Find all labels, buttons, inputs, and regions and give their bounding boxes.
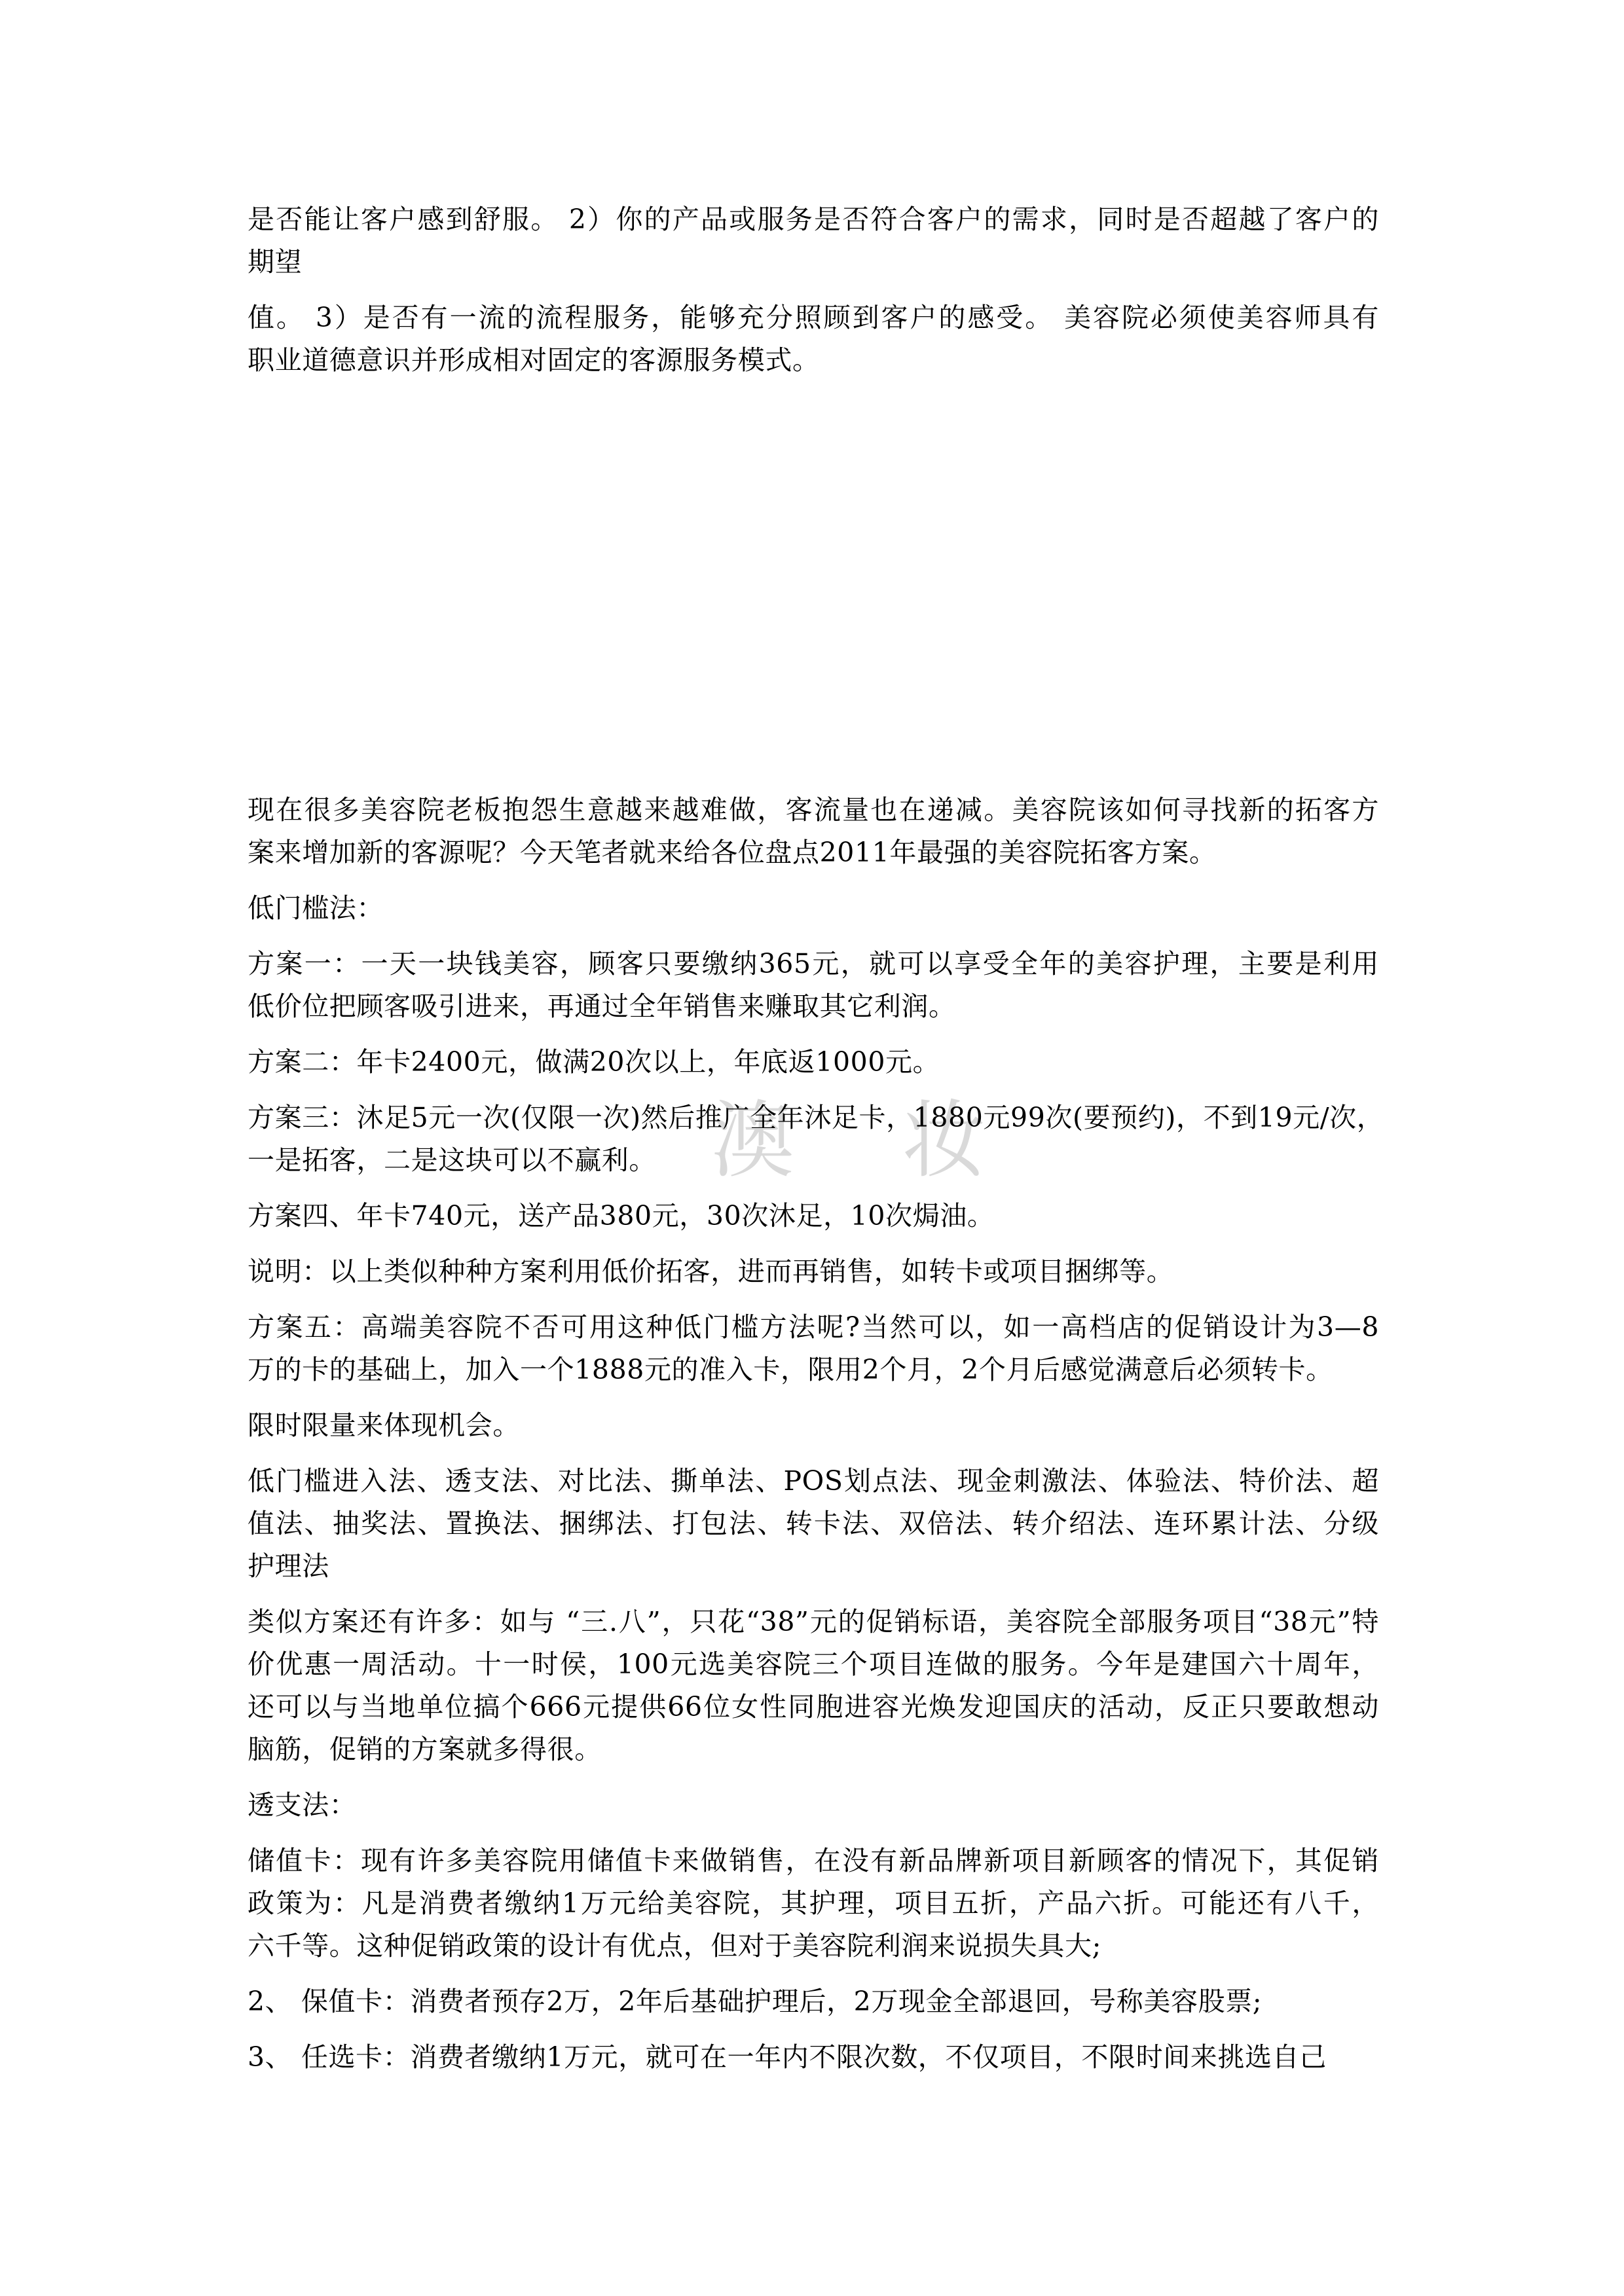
paragraph: 方案五：高端美容院不否可用这种低门槛方法呢?当然可以，如一高档店的促销设计为3—… [248, 1306, 1379, 1391]
text-line: 案来增加新的客源呢？今天笔者就来给各位盘点2011年最强的美容院拓客方案。 [248, 831, 1379, 874]
paragraph: 低门槛法： [248, 887, 1379, 930]
text-line: 低价位把顾客吸引进来，再通过全年销售来赚取其它利润。 [248, 985, 1379, 1028]
paragraph: 低门槛进入法、透支法、对比法、撕单法、POS划点法、现金刺激法、体验法、特价法、… [248, 1460, 1379, 1588]
text-line: 护理法 [248, 1545, 1379, 1588]
text-line: 一是拓客，二是这块可以不赢利。 [248, 1139, 1379, 1182]
text-line: 低门槛法： [248, 887, 1379, 930]
text-line: 值。 3）是否有一流的流程服务，能够充分照顾到客户的感受。 美容院必须使美容师具… [248, 297, 1379, 339]
text-line: 政策为：凡是消费者缴纳1万元给美容院，其护理，项目五折，产品六折。可能还有八千， [248, 1882, 1379, 1925]
text-line: 储值卡：现有许多美容院用储值卡来做销售，在没有新品牌新项目新顾客的情况下，其促销 [248, 1840, 1379, 1882]
text-line: 还可以与当地单位搞个666元提供66位女性同胞进容光焕发迎国庆的活动，反正只要敢… [248, 1686, 1379, 1728]
paragraph: 是否能让客户感到舒服。 2）你的产品或服务是否符合客户的需求，同时是否超越了客户… [248, 198, 1379, 283]
text-line: 低门槛进入法、透支法、对比法、撕单法、POS划点法、现金刺激法、体验法、特价法、… [248, 1460, 1379, 1503]
text-line: 方案一：一天一块钱美容，顾客只要缴纳365元，就可以享受全年的美容护理，主要是利… [248, 943, 1379, 985]
paragraph: 类似方案还有许多：如与 “三.八”，只花“38”元的促销标语，美容院全部服务项目… [248, 1601, 1379, 1771]
text-line: 类似方案还有许多：如与 “三.八”，只花“38”元的促销标语，美容院全部服务项目… [248, 1601, 1379, 1643]
text-line: 方案五：高端美容院不否可用这种低门槛方法呢?当然可以，如一高档店的促销设计为3—… [248, 1306, 1379, 1349]
text-line: 方案四、年卡740元，送产品380元，30次沐足，10次焗油。 [248, 1195, 1379, 1237]
paragraph: 方案三：沐足5元一次(仅限一次)然后推广全年沐足卡，1880元99次(要预约)，… [248, 1097, 1379, 1182]
paragraph: 2、 保值卡：消费者预存2万，2年后基础护理后，2万现金全部退回，号称美容股票; [248, 1980, 1379, 2023]
paragraph: 现在很多美容院老板抱怨生意越来越难做，客流量也在递减。美容院该如何寻找新的拓客方… [248, 789, 1379, 874]
text-line: 限时限量来体现机会。 [248, 1404, 1379, 1447]
paragraph: 说明：以上类似种种方案利用低价拓客，进而再销售，如转卡或项目捆绑等。 [248, 1250, 1379, 1293]
text-line: 期望 [248, 241, 1379, 283]
paragraph: 3、 任选卡：消费者缴纳1万元，就可在一年内不限次数，不仅项目，不限时间来挑选自… [248, 2036, 1379, 2079]
paragraph: 值。 3）是否有一流的流程服务，能够充分照顾到客户的感受。 美容院必须使美容师具… [248, 297, 1379, 382]
document-page: 澳 妆 是否能让客户感到舒服。 2）你的产品或服务是否符合客户的需求，同时是否超… [0, 0, 1624, 2296]
text-line: 职业道德意识并形成相对固定的客源服务模式。 [248, 339, 1379, 382]
text-line: 透支法： [248, 1784, 1379, 1827]
text-line: 六千等。这种促销政策的设计有优点，但对于美容院利润来说损失具大; [248, 1925, 1379, 1967]
text-line: 2、 保值卡：消费者预存2万，2年后基础护理后，2万现金全部退回，号称美容股票; [248, 1980, 1379, 2023]
paragraph: 方案二：年卡2400元，做满20次以上，年底返1000元。 [248, 1041, 1379, 1084]
paragraph: 限时限量来体现机会。 [248, 1404, 1379, 1447]
text-line: 方案三：沐足5元一次(仅限一次)然后推广全年沐足卡，1880元99次(要预约)，… [248, 1097, 1379, 1139]
text-line: 脑筋，促销的方案就多得很。 [248, 1728, 1379, 1771]
text-line: 3、 任选卡：消费者缴纳1万元，就可在一年内不限次数，不仅项目，不限时间来挑选自… [248, 2036, 1379, 2079]
paragraph: 方案四、年卡740元，送产品380元，30次沐足，10次焗油。 [248, 1195, 1379, 1237]
text-line: 价优惠一周活动。十一时侯，100元选美容院三个项目连做的服务。今年是建国六十周年… [248, 1643, 1379, 1686]
paragraph: 方案一：一天一块钱美容，顾客只要缴纳365元，就可以享受全年的美容护理，主要是利… [248, 943, 1379, 1028]
text-line: 值法、抽奖法、置换法、捆绑法、打包法、转卡法、双倍法、转介绍法、连环累计法、分级 [248, 1503, 1379, 1545]
paragraph: 储值卡：现有许多美容院用储值卡来做销售，在没有新品牌新项目新顾客的情况下，其促销… [248, 1840, 1379, 1967]
text-line: 说明：以上类似种种方案利用低价拓客，进而再销售，如转卡或项目捆绑等。 [248, 1250, 1379, 1293]
text-line: 万的卡的基础上，加入一个1888元的准入卡，限用2个月，2个月后感觉满意后必须转… [248, 1349, 1379, 1391]
text-line: 是否能让客户感到舒服。 2）你的产品或服务是否符合客户的需求，同时是否超越了客户… [248, 198, 1379, 241]
paragraph: 透支法： [248, 1784, 1379, 1827]
text-line: 方案二：年卡2400元，做满20次以上，年底返1000元。 [248, 1041, 1379, 1084]
text-line: 现在很多美容院老板抱怨生意越来越难做，客流量也在递减。美容院该如何寻找新的拓客方 [248, 789, 1379, 831]
